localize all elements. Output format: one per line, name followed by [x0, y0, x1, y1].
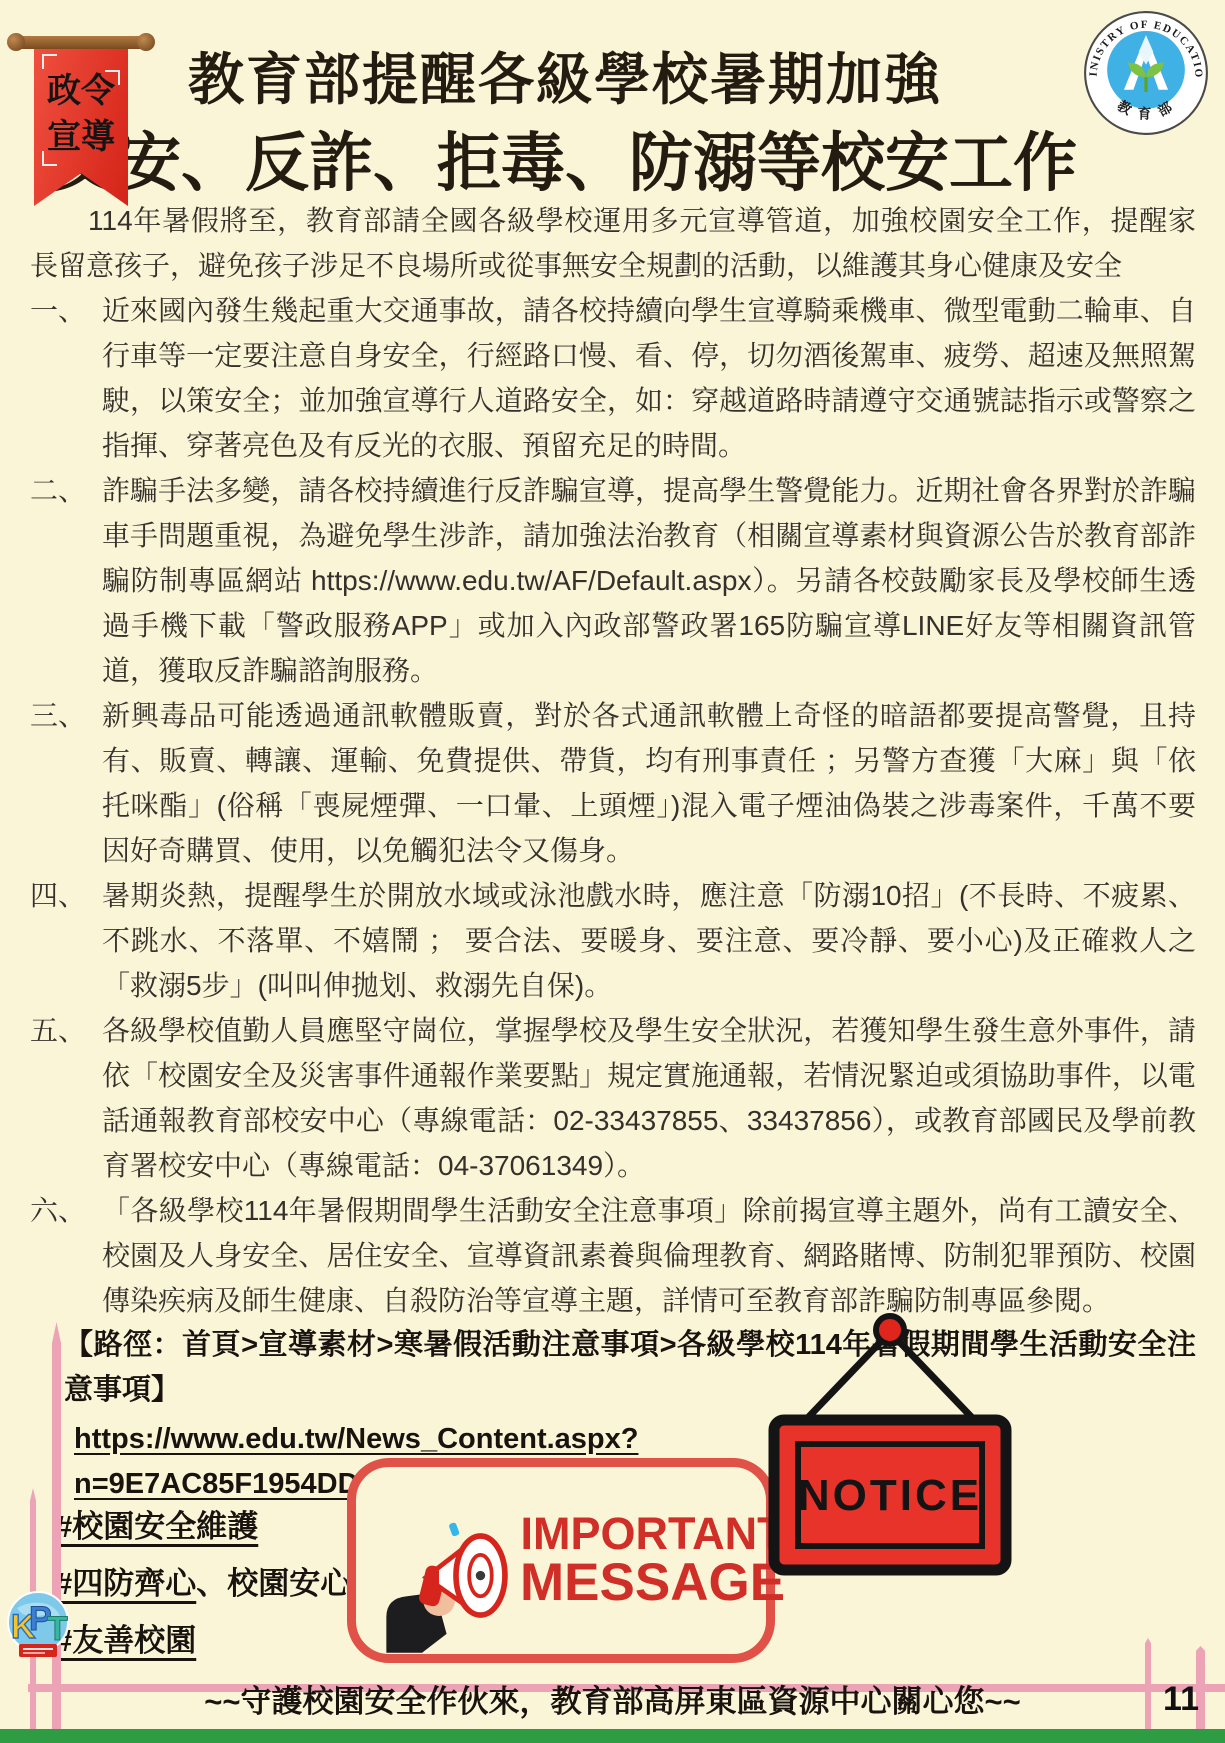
notice-label: NOTICE — [798, 1471, 982, 1520]
list-item-1: 一、 近來國內發生幾起重大交通事故，請各校持續向學生宣導騎乘機車、微型電動二輪車… — [30, 288, 1196, 468]
notice-sign: NOTICE — [758, 1312, 1022, 1580]
item-5-text: 各級學校值勤人員應堅守崗位，掌握學校及學生安全狀況，若獲知學生發生意外事件，請依… — [102, 1008, 1196, 1188]
ribbon-pole — [14, 36, 148, 49]
list-item-3: 三、 新興毒品可能透過通訊軟體販賣，對於各式通訊軟體上奇怪的暗語都要提高警覺，且… — [30, 693, 1196, 873]
hashtag-3: #友善校園 — [55, 1612, 351, 1669]
item-1-text: 近來國內發生幾起重大交通事故，請各校持續向學生宣導騎乘機車、微型電動二輪車、自行… — [102, 288, 1196, 468]
footer-slogan: ~~守護校園安全作伙來，教育部高屏東區資源中心關心您~~ — [0, 1676, 1225, 1721]
body-content: 114年暑假將至，教育部請全國各級學校運用多元宣導管道，加強校園安全工作，提醒家… — [30, 198, 1196, 1507]
megaphone-icon — [360, 1478, 520, 1658]
important-message-box: IMPORTANT MESSAGE — [347, 1458, 775, 1663]
item-4-number: 四、 — [30, 873, 102, 1008]
kpt-resource-center-logo: K P T — [5, 1590, 71, 1662]
list-item-5: 五、 各級學校值勤人員應堅守崗位，掌握學校及學生安全狀況，若獲知學生發生意外事件… — [30, 1008, 1196, 1188]
poster-page: 政令 宣導 教育部提醒各級學校暑期加強 交安、反詐、拒毒、防溺等校安工作 MIN… — [0, 0, 1225, 1743]
ribbon-line2: 宣導 — [34, 114, 128, 160]
ribbon-bracket — [42, 54, 57, 69]
ribbon-text: 政令 宣導 — [34, 68, 128, 160]
item-6-text: 「各級學校114年暑假期間學生活動安全注意事項」除前揭宣導主題外，尚有工讀安全、… — [102, 1188, 1196, 1323]
hashtag-2-underlined: #四防齊心 — [55, 1566, 196, 1601]
hashtag-1: #校園安全維護 — [55, 1498, 351, 1555]
item-4-text: 暑期炎熱，提醒學生於開放水域或泳池戲水時，應注意「防溺10招」(不長時、不疲累、… — [102, 873, 1196, 1008]
list-item-2: 二、 詐騙手法多變，請各校持續進行反詐騙宣導，提高學生警覺能力。近期社會各界對於… — [30, 468, 1196, 693]
kpt-letter-t: T — [47, 1610, 68, 1648]
hashtag-2: #四防齊心、校園安心 — [55, 1555, 351, 1612]
page-title-line2: 交安、反詐、拒毒、防溺等校安工作 — [15, 112, 1115, 204]
item-5-number: 五、 — [30, 1008, 102, 1188]
page-title-line1: 教育部提醒各級學校暑期加強 — [150, 36, 980, 116]
item-2-number: 二、 — [30, 468, 102, 693]
list-item-4: 四、 暑期炎熱，提醒學生於開放水域或泳池戲水時，應注意「防溺10招」(不長時、不… — [30, 873, 1196, 1008]
hashtag-3-underlined: #友善校園 — [55, 1623, 196, 1658]
ministry-of-education-logo: MINISTRY OF EDUCATION 教 育 部 — [1083, 10, 1209, 136]
item-2-text: 詐騙手法多變，請各校持續進行反詐騙宣導，提高學生警覺能力。近期社會各界對於詐騙車… — [102, 468, 1196, 693]
item-6-number: 六、 — [30, 1188, 102, 1323]
hashtag-2-rest: 、校園安心 — [196, 1566, 351, 1601]
hashtag-1-underlined: #校園安全維護 — [55, 1509, 258, 1544]
item-1-number: 一、 — [30, 288, 102, 468]
bottom-green-strip — [0, 1729, 1225, 1743]
page-number: 11 — [1163, 1680, 1199, 1719]
intro-paragraph: 114年暑假將至，教育部請全國各級學校運用多元宣導管道，加強校園安全工作，提醒家… — [30, 198, 1196, 288]
important-line1: IMPORTANT — [520, 1511, 785, 1557]
item-3-number: 三、 — [30, 693, 102, 873]
hashtag-block: #校園安全維護 #四防齊心、校園安心 #友善校園 — [55, 1498, 351, 1669]
ribbon-line1: 政令 — [34, 68, 128, 114]
item-3-text: 新興毒品可能透過通訊軟體販賣，對於各式通訊軟體上奇怪的暗語都要提高警覺，且持有、… — [102, 693, 1196, 873]
list-item-6: 六、 「各級學校114年暑假期間學生活動安全注意事項」除前揭宣導主題外，尚有工讀… — [30, 1188, 1196, 1323]
important-line2: MESSAGE — [520, 1556, 785, 1610]
